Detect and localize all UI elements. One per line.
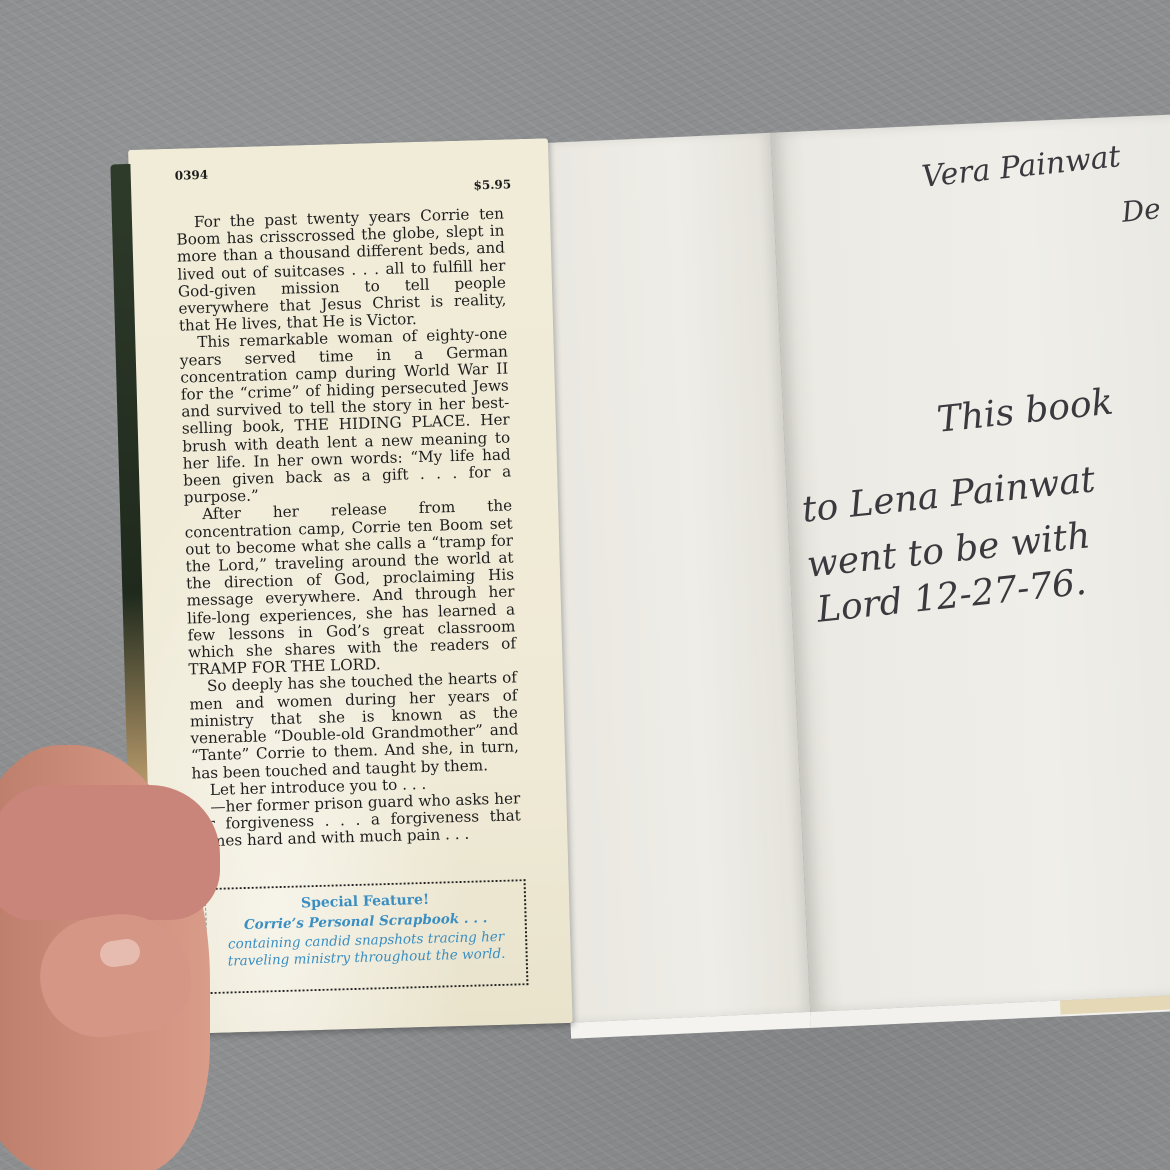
blurb-paragraph: —her former prison guard who asks her fo… bbox=[192, 790, 521, 851]
feature-description: containing candid snapshots tracing her … bbox=[207, 928, 526, 971]
blurb-paragraph: For the past twenty years Corrie ten Boo… bbox=[176, 206, 507, 336]
blank-flyleaf bbox=[531, 133, 811, 1039]
inscription-signature-2: De bbox=[1120, 192, 1162, 229]
blurb-paragraph: This remarkable woman of eighty-one year… bbox=[179, 326, 512, 507]
special-feature-box: Special Feature! Corrie’s Personal Scrap… bbox=[205, 879, 529, 994]
price: $5.95 bbox=[473, 177, 511, 192]
tape-strip bbox=[1060, 993, 1170, 1015]
flap-blurb: For the past twenty years Corrie ten Boo… bbox=[176, 206, 522, 851]
catalog-number: 0394 bbox=[175, 168, 209, 183]
blurb-paragraph: After her release from the concentration… bbox=[184, 498, 517, 679]
book-photo: 0394 $5.95 For the past twenty years Cor… bbox=[0, 0, 1170, 1170]
index-finger bbox=[0, 785, 220, 920]
blurb-paragraph: So deeply has she touched the hearts of … bbox=[189, 670, 520, 782]
